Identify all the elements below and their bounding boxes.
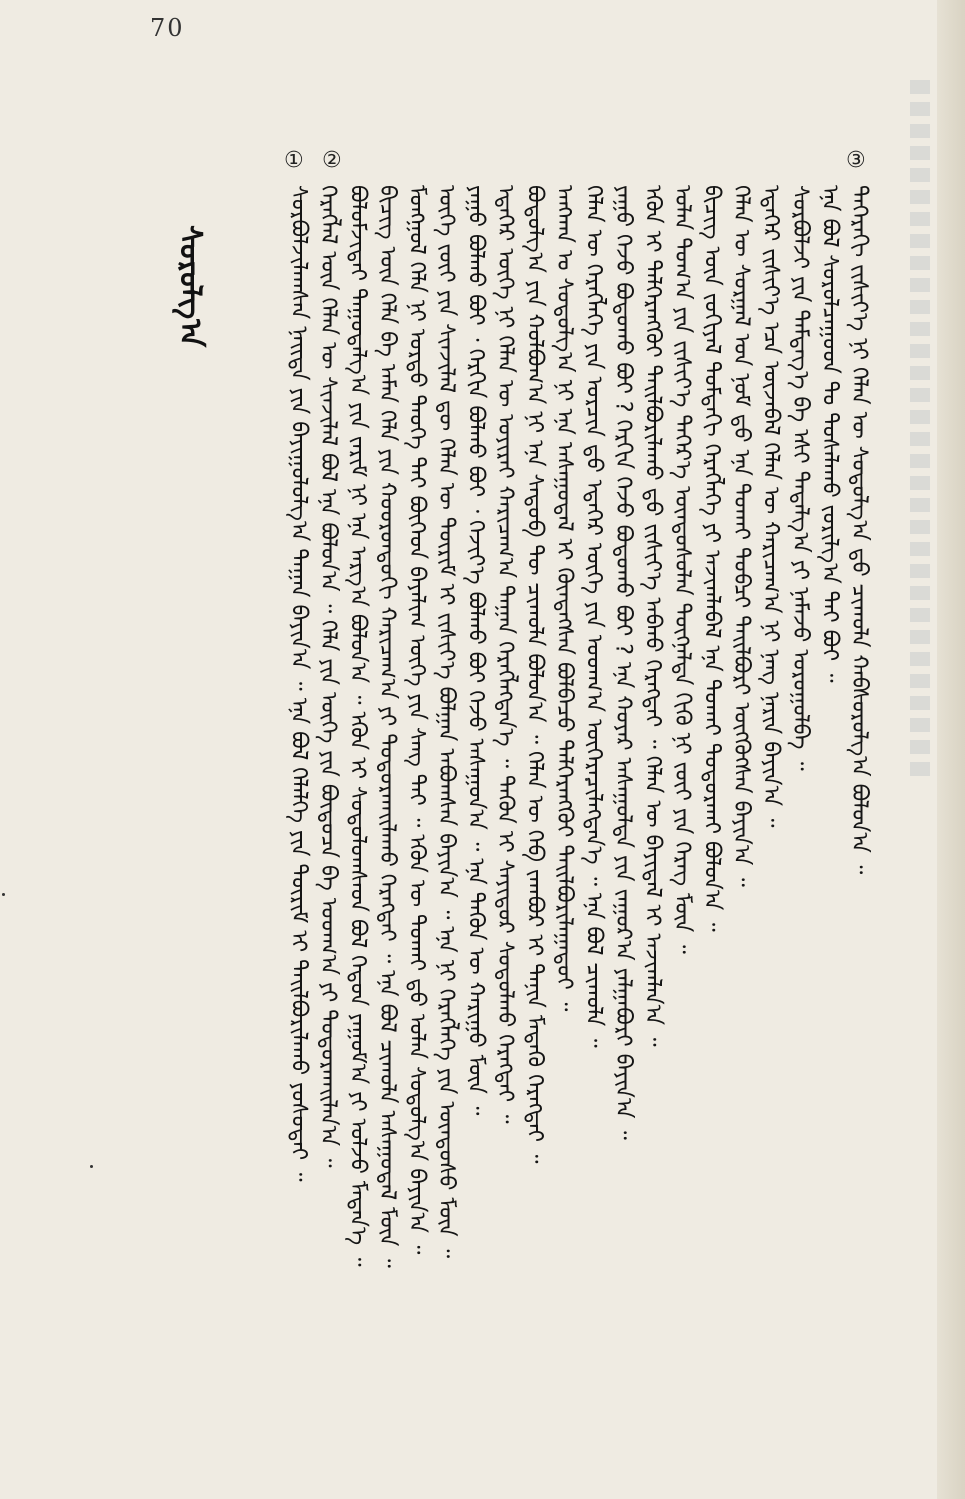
scan-speck [90,1165,93,1168]
text-column: ᠣᠯᠠᠨ ᠲᠣᠭ᠎ᠠ ᠶᠢᠨ ᠵᠢᠱᠢᠶ᠎ᠡ ᠳᠡᠭᠡᠷ᠎ᠡ ᠦᠨᠳᠦᠰᠦᠯᠡᠨ… [668,185,696,1435]
text-column: ᠳᠡᠭᠡᠷᠡᠬᠢ ᠵᠢᠱᠢᠶ᠎ᠡ ᠨᠢ ᠬᠡᠯᠡᠨ ᠦ ᠰᠤᠳᠤᠯᠭ᠎ᠠ ᠳ᠋ᠤ… [845,185,873,1435]
scan-speck [585,778,588,781]
text-column: ᠡᠳᠡᠭᠡᠷ ᠦᠭᠡ ᠨᠢ ᠬᠡᠯᠡᠨ ᠦ ᠣᠶᠢᠷᠠᠢ ᠬᠠᠷᠢᠴᠠᠭ᠎ᠠ ᠳ… [491,185,519,1435]
text-column: ᠬᠡᠯᠡᠨ ᠦ ᠬᠡᠷᠡᠭᠯᠡᠭᠡ ᠶᠢᠨ ᠣᠷᠴᠢᠨ ᠳ᠋ᠤ ᠡᠳᠡᠭᠡᠷ ᠦ… [579,185,607,1435]
text-column: ᠰᠤᠷᠪᠤᠯᠵᠢᠯᠠᠭᠰᠠᠨ ᠨᠡᠢᠲᠡ ᠶᠢᠨ ᠪᠠᠶᠢᠭᠤᠯᠤᠯᠭ᠎ᠠ ᠲᠠ… [284,185,312,1435]
text-column: ᠬᠡᠯᠡᠨ ᠦ ᠰᠤᠷᠭᠠᠯ ᠤᠨ ᠨᠣᠮ ᠳ᠋ᠤ ᠡᠨᠡ ᠲᠤᠬᠠᠢ ᠲᠣᠪᠴ… [727,185,755,1435]
page-number: 70 [150,14,185,42]
text-column: ᠪᠣᠳᠣᠯᠭ᠎ᠠ ᠶᠢᠨ ᠬᠣᠯᠪᠣᠭ᠎ᠠ ᠨᠢ ᠡᠨᠡ ᠰᠡᠳᠦᠪ ᠲᠦ ᠴᠢ… [520,185,548,1435]
text-column: ᠬᠡᠷᠡᠭᠯᠡᠯ ᠦᠨ ᠬᠡᠯᠡᠨ ᠦ ᠰᠢᠨᠵᠢᠯᠡᠯ ᠪᠣᠯ ᠡᠨᠡ ᠪᠣᠯ… [314,185,342,1435]
text-column: ᠶᠠᠭᠤ ᠭᠡᠵᠦ ᠪᠣᠳᠣᠬᠤ ᠪᠤᠢ ? ᠬᠡᠷᠬᠢᠨ ᠭᠡᠵᠦ ᠪᠣᠳᠣᠬ… [609,185,637,1435]
text-column: ᠮᠣᠩᠭᠣᠯ ᠬᠡᠯᠡ ᠨᠢ ᠤᠷᠲᠤ ᠲᠡᠦᠬᠡ ᠲᠠᠢ ᠪᠥᠭᠡᠳ ᠪᠠᠶᠠ… [402,185,430,1435]
page-edge-shadow [937,0,965,1499]
text-column: ᠶᠠᠭᠤ ᠪᠣᠯᠬᠤ ᠪᠤᠢ ᠂ ᠬᠡᠷᠬᠢᠨ ᠪᠣᠯᠬᠤ ᠪᠤᠢ ᠂ ᠬᠡᠵᠢ… [461,185,489,1435]
text-column: ᠦᠭᠡ ᠵᠦᠢ ᠶᠢᠨ ᠰᠢᠨᠵᠢᠯᠡᠯ ᠳᠦ ᠬᠡᠯᠡᠨ ᠦ ᠳᠦᠷᠢᠮ ᠢ … [432,185,460,1435]
show-through-text [910,80,930,780]
text-column: ᠠᠩᠬᠠᠨ ᠤ ᠰᠤᠳᠤᠯᠭ᠎ᠠ ᠨᠢ ᠡᠨᠡ ᠠᠰᠠᠭᠤᠳᠠᠯ ᠢ ᠬᠥᠨᠳᠡ… [550,185,578,1435]
footnote-marker-2: ② [322,148,342,173]
text-column: ᠪᠢᠴᠢᠭ᠌ ᠦᠨ ᠬᠡᠯᠡ ᠪᠠ ᠠᠮᠠᠨ ᠬᠡᠯᠡ ᠶᠢᠨ ᠬᠣᠣᠷᠣᠨᠳᠣ… [373,185,401,1435]
text-column: ᠡᠳᠡᠭᠡᠷ ᠵᠢᠱᠢᠶ᠎ᠡ ᠡᠴᠡ ᠦᠵᠡᠪᠡᠯ ᠬᠡᠯᠡᠨ ᠦ ᠬᠠᠷᠢᠴᠠ… [756,185,784,1435]
text-column: ᠰᠤᠷᠪᠤᠯᠵᠢ ᠶᠢᠨ ᠲᠡᠮᠳᠡᠭ᠎ᠡ ᠪᠠ ᠡᠰᠢ ᠲᠠᠲᠠᠯᠭ᠎ᠠ ᠶᠢ… [786,185,814,1435]
scan-speck [2,893,5,896]
section-heading: ᠰᠤᠷᠤᠯᠭ᠎ᠠ [170,225,210,375]
footnote-marker-3: ③ [846,148,866,173]
footnote-marker-1: ① [284,148,304,173]
text-column: ᠪᠣᠯᠤᠮᠵᠢᠲᠠᠢ ᠳᠠᠭᠤᠳᠠᠯᠭ᠎ᠠ ᠶᠢᠨ ᠵᠠᠷᠢᠮ ᠨᠢ ᠡᠨᠡ ᠠ… [343,185,371,1435]
text-column: ᠪᠢᠴᠢᠭ᠌ ᠦᠨ ᠵᠣᠬᠢᠶᠠᠯ ᠳᠤᠮᠳᠠᠬᠢ ᠬᠡᠷᠡᠭᠯᠡᠭᠡ ᠶᠢ ᠠ… [697,185,725,1435]
text-column: ᠡᠭᠦᠨ ᠢ ᠳᠡᠯᠭᠡᠷᠡᠩᠭᠦᠢ ᠲᠠᠢᠯᠪᠤᠷᠢᠯᠠᠬᠤ ᠳ᠋ᠤ ᠵᠢᠱᠢ… [638,185,666,1435]
text-column: ᠡᠨᠡ ᠪᠣᠯ ᠰᠤᠷᠤᠯᠴᠠᠭᠤᠳ ᠲᠤ ᠲᠤᠰᠠᠯᠠᠬᠤ ᠵᠣᠷᠢᠯᠭ᠎ᠠ … [815,185,843,1435]
